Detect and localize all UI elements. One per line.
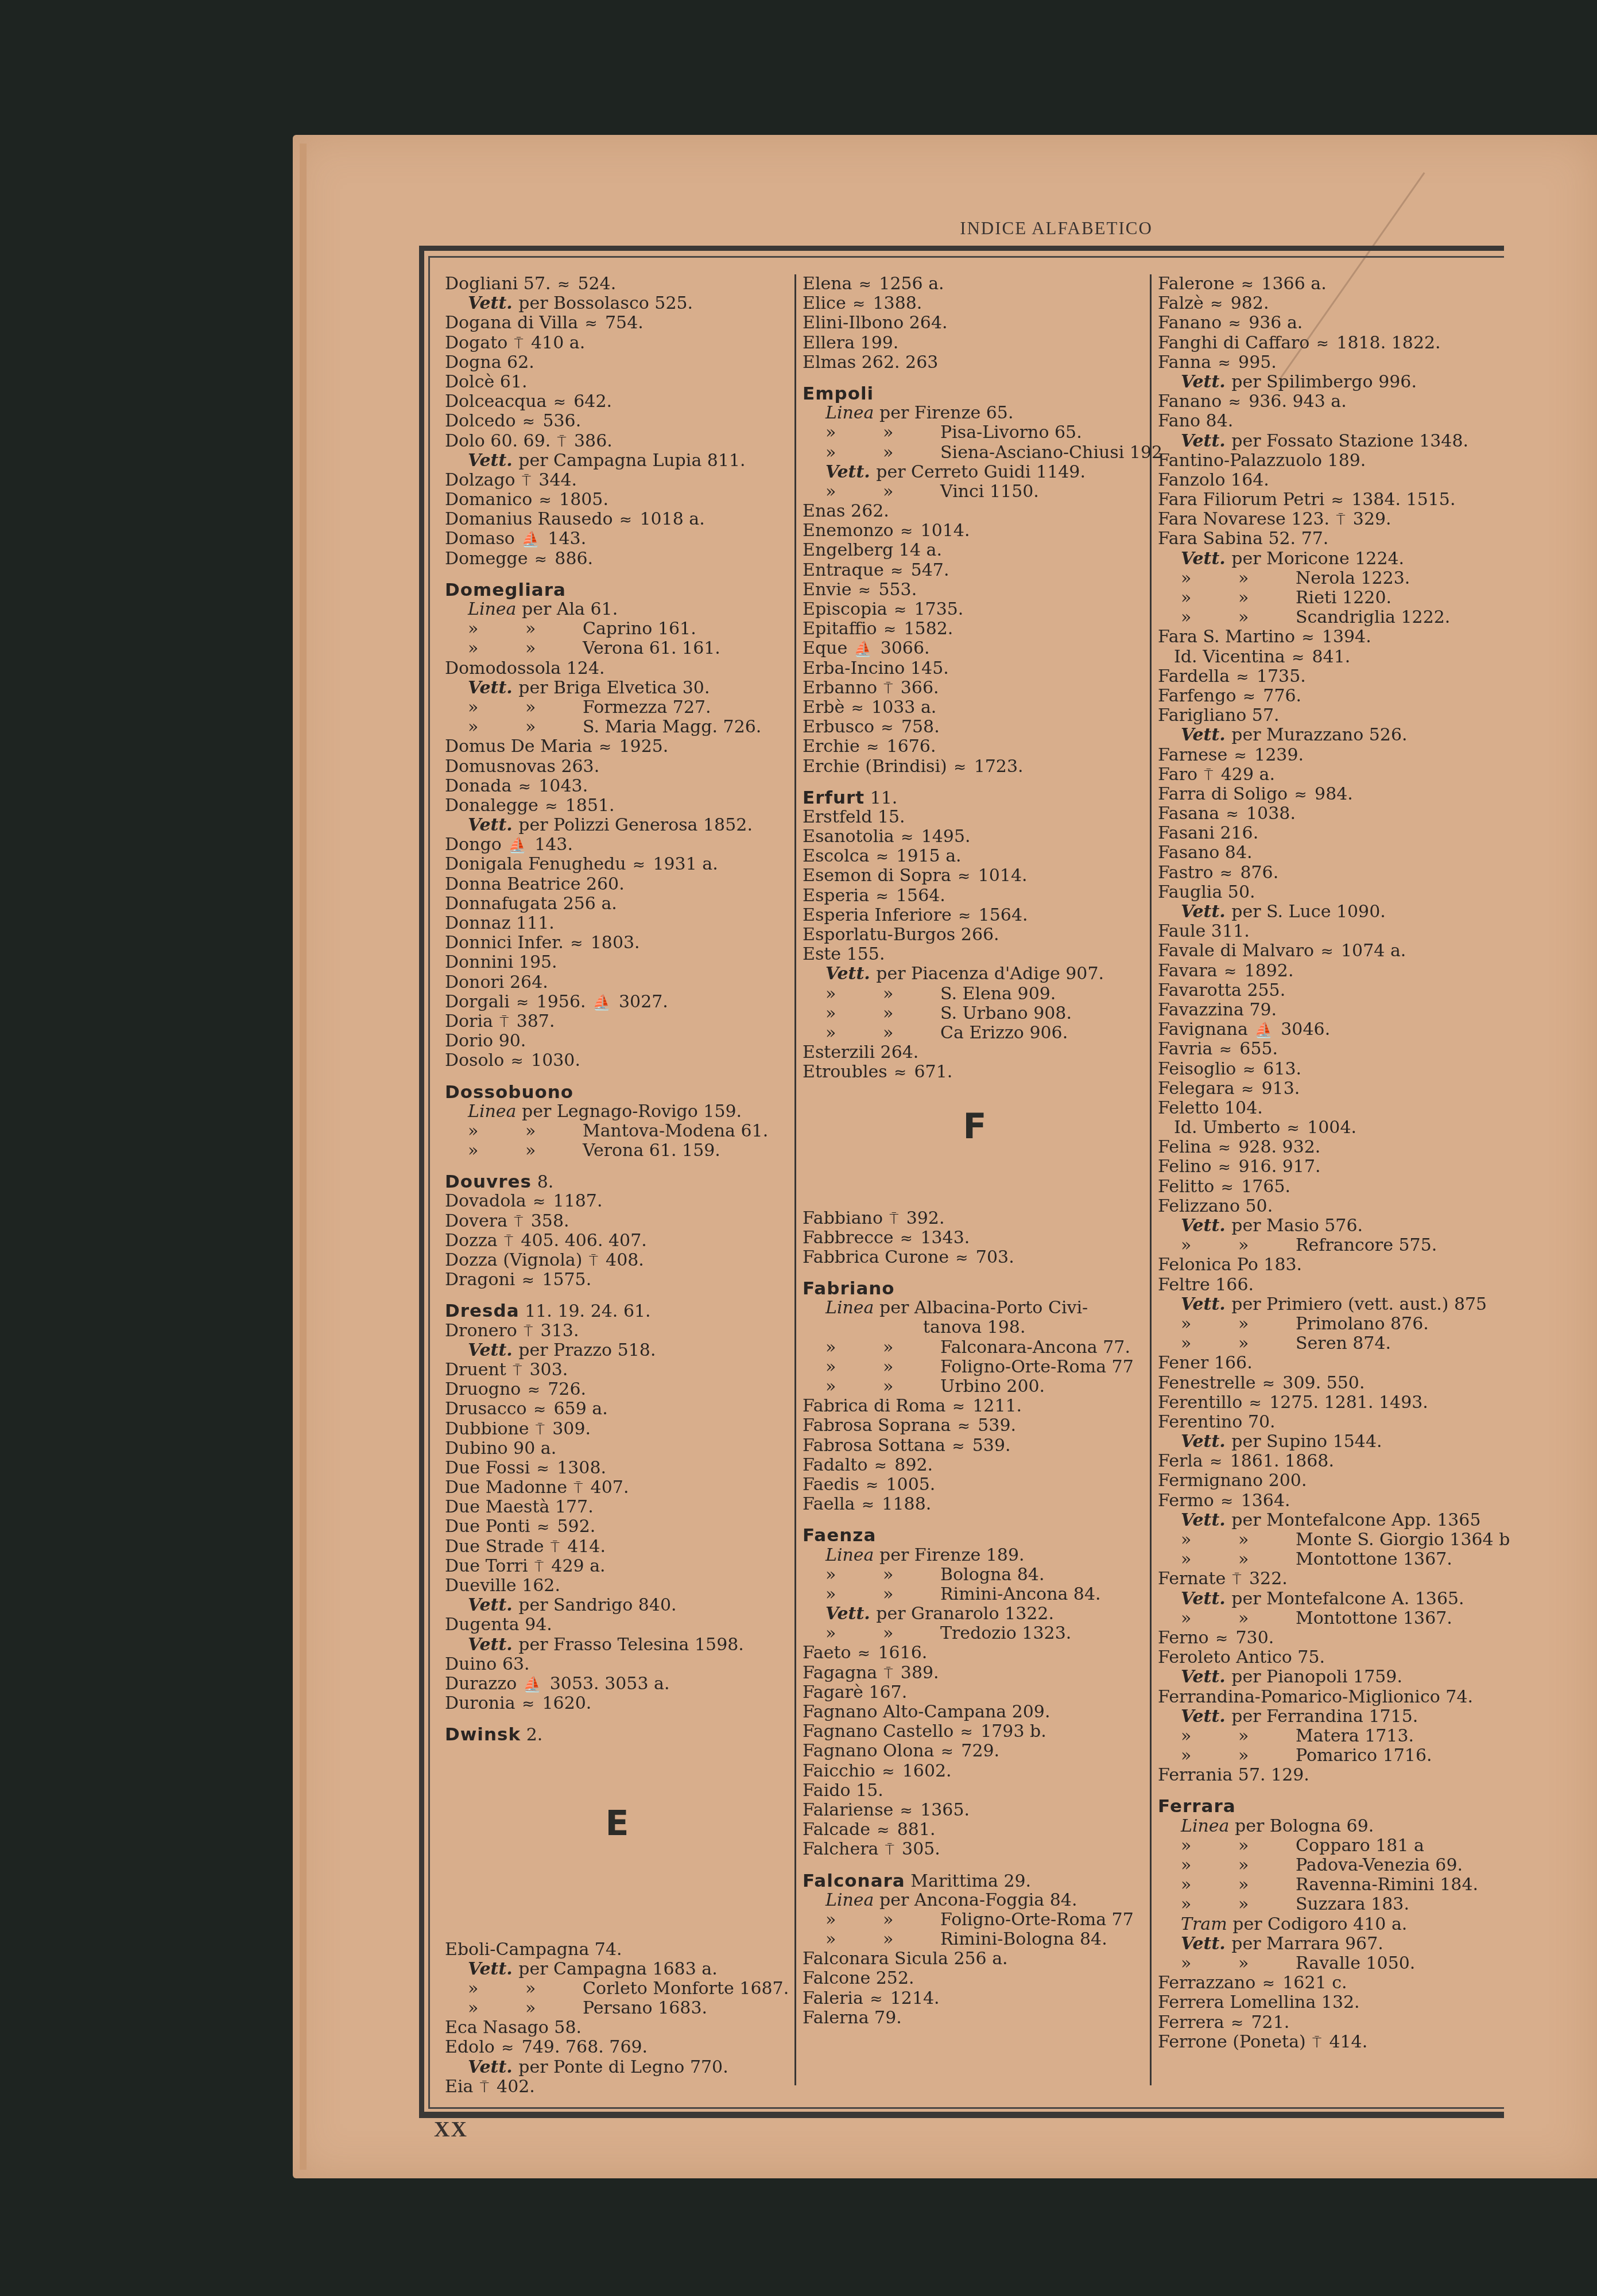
index-entry: Fagnano Olona ≈ 729. [803,1742,1147,1761]
index-entry: Doria ⍑ 387. [445,1012,789,1031]
index-entry: Fastro ≈ 876. [1158,863,1502,883]
bell-icon: ⍑ [1336,510,1346,530]
index-entry: Falzè ≈ 982. [1158,294,1502,313]
index-entry: Fasano 84. [1158,843,1502,863]
page-edge [300,143,307,2170]
coach-icon: ≈ [866,738,879,757]
index-entry: Fermo ≈ 1364. [1158,1491,1502,1511]
index-entry: Dubbione ⍑ 309. [445,1420,789,1439]
coach-icon: ≈ [1231,2014,1243,2033]
coach-icon: ≈ [1262,1374,1275,1394]
coach-icon: ≈ [958,867,970,886]
bell-icon: ⍑ [1232,1570,1242,1589]
ditto-mark: » [468,717,525,737]
coach-icon: ≈ [1294,785,1307,805]
column-rule-1 [794,274,796,2085]
index-entry: Fagarè 167. [803,1683,1147,1702]
index-entry: Dorio 90. [445,1031,789,1051]
ditto-mark: » [883,1910,940,1930]
route-line: Vett. per Ferrandina 1715. [1158,1707,1502,1727]
route-line: Linea per Firenze 189. [803,1546,1147,1565]
index-entry: Domodossola 124. [445,659,789,678]
bell-icon: ⍑ [573,1479,583,1498]
ditto-line: »»Padova-Venezia 69. [1158,1856,1502,1875]
index-entry: Fanna ≈ 995. [1158,353,1502,373]
ditto-mark: » [1238,1334,1296,1353]
route-line: Linea per Bologna 69. [1158,1817,1502,1836]
ditto-mark: » [1238,1875,1296,1895]
coach-icon: ≈ [533,1400,546,1420]
index-entry: Faeto ≈ 1616. [803,1643,1147,1663]
route-type-label: Linea [468,1102,522,1122]
index-entry: Fadalto ≈ 892. [803,1456,1147,1475]
coach-icon: ≈ [1219,1040,1232,1060]
index-entry: Elini-Ilbono 264. [803,313,1147,333]
route-line: Vett. per Montefalcone A. 1365. [1158,1589,1502,1609]
ditto-mark: » [1181,1895,1238,1914]
index-entry: Fara Filiorum Petri ≈ 1384. 1515. [1158,490,1502,510]
bell-icon: ⍑ [514,334,524,354]
coach-icon: ≈ [1221,1178,1234,1197]
heading-name: Faenza [803,1525,876,1546]
coach-icon: ≈ [522,1271,534,1290]
index-entry: Dorgali ≈ 1956. ⛵ 3027. [445,992,789,1012]
index-entry: Ferno ≈ 730. [1158,1628,1502,1648]
route-line: Vett. per Ponte di Legno 770. [445,2058,789,2077]
ditto-mark: » [468,1122,525,1141]
index-entry: Erbanno ⍑ 366. [803,678,1147,698]
coach-icon: ≈ [956,1248,968,1268]
ditto-mark: » [1238,1954,1296,1973]
route-line: Tram per Codigoro 410 a. [1158,1915,1502,1934]
route-type-label: Vett. [468,293,518,313]
index-entry: Dozza ⍑ 405. 406. 407. [445,1231,789,1251]
index-entry: Fabrica di Roma ≈ 1211. [803,1397,1147,1416]
index-entry: Erba-Incino 145. [803,659,1147,678]
ditto-mark: » [468,639,525,658]
index-entry: Fasani 216. [1158,824,1502,843]
coach-icon: ≈ [1331,491,1344,510]
index-entry: Dueville 162. [445,1576,789,1596]
index-entry: Envie ≈ 553. [803,580,1147,600]
index-entry: Ferla ≈ 1861. 1868. [1158,1452,1502,1471]
index-entry: Fauglia 50. [1158,883,1502,902]
ditto-mark: » [525,717,583,737]
ditto-line: »»Rimini-Bologna 84. [803,1930,1147,1949]
route-line: Vett. per S. Luce 1090. [1158,902,1502,922]
ditto-line: »»Siena-Asciano-Chiusi 192 [803,443,1147,463]
index-entry: Dovadola ≈ 1187. [445,1192,789,1211]
ditto-mark: » [1181,1236,1238,1255]
index-entry: Ferrandina-Pomarico-Miglionico 74. [1158,1688,1502,1707]
index-entry: Donori 264. [445,973,789,992]
index-entry: Donigala Fenughedu ≈ 1931 a. [445,855,789,874]
route-line: Vett. per Murazzano 526. [1158,726,1502,745]
index-heading: Douvres 8. [445,1172,789,1192]
index-entry: Faleria ≈ 1214. [803,1989,1147,2008]
index-entry: Esemon di Sopra ≈ 1014. [803,866,1147,886]
ditto-mark: » [1181,1954,1238,1973]
running-head: INDICE ALFABETICO [781,218,1332,239]
ditto-line: »»Caprino 161. [445,619,789,639]
route-type-label: Vett. [1181,1707,1231,1727]
index-entry: Donnaz 111. [445,914,789,933]
ditto-line: »»Foligno-Orte-Roma 77 [803,1910,1147,1930]
index-column-3: Falerone ≈ 1366 a.Falzè ≈ 982.Fanano ≈ 9… [1158,274,1502,2052]
coach-icon: ≈ [877,1821,889,1840]
ditto-line: »»Bologna 84. [803,1565,1147,1585]
index-heading: Falconara Marittima 29. [803,1871,1147,1891]
index-entry: Farfengo ≈ 776. [1158,687,1502,706]
ditto-line: »»Suzzara 183. [1158,1895,1502,1914]
ditto-mark: » [883,443,940,463]
index-entry: Eca Nasago 58. [445,2018,789,2038]
ditto-mark: » [825,1004,883,1023]
index-heading: Faenza [803,1526,1147,1545]
index-heading: Fabriano [803,1279,1147,1298]
index-entry: Ferrone (Poneta) ⍑ 414. [1158,2033,1502,2052]
ditto-mark: » [883,423,940,443]
index-entry: Due Ponti ≈ 592. [445,1517,789,1537]
coach-icon: ≈ [1241,1080,1254,1099]
ditto-mark: » [1238,1895,1296,1914]
coach-icon: ≈ [533,1192,545,1212]
ditto-mark: » [825,423,883,443]
coach-icon: ≈ [1243,687,1255,707]
ditto-line: »»Monte S. Giorgio 1364 b [1158,1530,1502,1550]
bell-icon: ⍑ [504,1232,513,1251]
index-entry: Favale di Malvaro ≈ 1074 a. [1158,941,1502,961]
index-entry: Dogna 62. [445,353,789,373]
coach-icon: ≈ [534,550,547,569]
index-entry: Fardella ≈ 1735. [1158,667,1502,687]
index-entry: Erchie (Brindisi) ≈ 1723. [803,757,1147,777]
index-entry: Farra di Soligo ≈ 984. [1158,785,1502,804]
index-entry: Esperia Inferiore ≈ 1564. [803,906,1147,925]
index-entry: Favazzina 79. [1158,1000,1502,1020]
coach-icon: ≈ [901,828,913,847]
ditto-line: »»Verona 61. 161. [445,639,789,658]
index-entry: Fagagna ⍑ 389. [803,1663,1147,1683]
coach-icon: ≈ [876,887,889,906]
index-entry: Eia ⍑ 402. [445,2077,789,2097]
index-entry: Donna Beatrice 260. [445,875,789,894]
ditto-mark: » [468,698,525,717]
coach-icon: ≈ [1228,314,1241,333]
index-entry: Dugenta 94. [445,1615,789,1635]
index-entry: Dronero ⍑ 313. [445,1321,789,1341]
index-entry: Eboli-Campagna 74. [445,1940,789,1960]
bell-icon: ⍑ [534,1557,544,1577]
coach-icon: ≈ [960,1723,973,1742]
ditto-mark: » [825,443,883,463]
index-entry: Fener 166. [1158,1353,1502,1373]
index-entry: Erbusco ≈ 758. [803,717,1147,737]
coach-icon: ≈ [1321,942,1334,961]
ditto-mark: » [1181,1314,1238,1334]
ditto-mark: » [1238,588,1296,608]
bell-icon: ⍑ [524,1322,533,1341]
index-entry: Engelberg 14 a. [803,541,1147,560]
ditto-mark: » [1238,1746,1296,1766]
coach-icon: ≈ [1241,275,1254,294]
coach-icon: ≈ [1234,746,1247,766]
ditto-line: »»Formezza 727. [445,698,789,717]
heading-name: Fabriano [803,1278,895,1299]
ditto-mark: » [825,1910,883,1930]
ditto-mark: » [1238,1236,1296,1255]
index-entry: Drusacco ≈ 659 a. [445,1399,789,1419]
ditto-line: »»Urbino 200. [803,1377,1147,1397]
index-entry: Dogato ⍑ 410 a. [445,333,789,353]
coach-icon: ≈ [876,847,889,867]
bell-icon: ⍑ [589,1251,598,1271]
continuation-line: tanova 198. [803,1318,1147,1337]
ditto-mark: » [468,1999,525,2018]
coach-icon: ≈ [862,1495,874,1515]
index-entry: Dolzago ⍑ 344. [445,471,789,490]
index-entry: Eque ⛵ 3066. [803,639,1147,658]
route-line: Vett. per Granarolo 1322. [803,1604,1147,1624]
index-entry: Fasana ≈ 1038. [1158,804,1502,824]
ditto-line: »»Verona 61. 159. [445,1141,789,1161]
bell-icon: ⍑ [499,1013,509,1032]
route-type-label: Vett. [468,815,518,835]
coach-icon: ≈ [633,855,645,875]
route-line: Vett. per Prazzo 518. [445,1341,789,1360]
ditto-line: »»Ravalle 1050. [1158,1954,1502,1973]
index-entry: Favria ≈ 655. [1158,1040,1502,1059]
coach-icon: ≈ [882,1762,894,1782]
route-type-label: Vett. [1181,1216,1231,1236]
index-entry: Duronia ≈ 1620. [445,1694,789,1713]
route-type-label: Vett. [1181,1294,1231,1314]
ditto-mark: » [525,1999,583,2018]
route-type-label: Vett. [468,1595,518,1615]
index-entry: Fenestrelle ≈ 309. 550. [1158,1374,1502,1393]
index-entry: Esperia ≈ 1564. [803,886,1147,906]
route-line: Vett. per Marrara 967. [1158,1934,1502,1954]
index-entry: Domanius Rausedo ≈ 1018 a. [445,510,789,529]
ditto-mark: » [825,482,883,502]
coach-icon: ≈ [557,275,570,294]
index-entry: Elice ≈ 1388. [803,294,1147,313]
index-entry: Falerone ≈ 1366 a. [1158,274,1502,294]
index-entry: Ferentino 70. [1158,1413,1502,1432]
index-entry: Ferrazzano ≈ 1621 c. [1158,1973,1502,1993]
route-line: Vett. per Montefalcone App. 1365 [1158,1511,1502,1530]
ditto-mark: » [525,639,583,658]
heading-name: Dossobuono [445,1082,573,1103]
index-entry: Fabbiano ⍑ 392. [803,1209,1147,1228]
ditto-mark: » [1238,1609,1296,1628]
index-entry: Falcone 252. [803,1969,1147,1988]
bell-icon: ⍑ [536,1420,545,1440]
route-line: Vett. per Pianopoli 1759. [1158,1667,1502,1687]
bell-icon: ⍑ [480,2078,489,2097]
index-entry: Faido 15. [803,1781,1147,1801]
coach-icon: ≈ [518,777,531,797]
index-entry: Farigliano 57. [1158,706,1502,726]
coach-icon: ≈ [1236,668,1249,687]
route-line: Vett. per Cerreto Guidi 1149. [803,463,1147,482]
coach-icon: ≈ [1218,1138,1231,1158]
ditto-mark: » [1181,1609,1238,1628]
coach-icon: ≈ [1228,393,1241,412]
ditto-mark: » [1181,1836,1238,1856]
route-type-label: Linea [1181,1816,1235,1836]
index-entry: Ellera 199. [803,333,1147,353]
ditto-mark: » [1181,1334,1238,1353]
index-entry: Edolo ≈ 749. 768. 769. [445,2038,789,2057]
coach-icon: ≈ [553,393,566,412]
index-entry: Donada ≈ 1043. [445,777,789,796]
route-type-label: Vett. [468,678,518,698]
index-entry: Fernate ⍑ 322. [1158,1569,1502,1589]
index-entry: Episcopia ≈ 1735. [803,600,1147,619]
ditto-mark: » [883,1338,940,1358]
index-entry: Etroubles ≈ 671. [803,1062,1147,1082]
coach-icon: ≈ [883,620,896,639]
route-line: Vett. per Briga Elvetica 30. [445,678,789,698]
index-entry: Esterzili 264. [803,1043,1147,1062]
route-line: Linea per Ala 61. [445,600,789,619]
bell-icon: ⍑ [551,1538,560,1557]
index-entry: Elena ≈ 1256 a. [803,274,1147,294]
page-number: XX [434,2117,468,2142]
index-entry: Dolo 60. 69. ⍑ 386. [445,432,789,451]
index-entry: Domaso ⛵ 143. [445,529,789,549]
index-entry: Domusnovas 263. [445,757,789,777]
index-entry: Felonica Po 183. [1158,1255,1502,1275]
index-heading: Erfurt 11. [803,788,1147,808]
index-entry: Dolceacqua ≈ 642. [445,392,789,412]
route-line: Vett. per Spilimbergo 996. [1158,373,1502,392]
coach-icon: ≈ [953,758,966,777]
index-heading: Dossobuono [445,1083,789,1102]
ditto-mark: » [825,1624,883,1643]
route-line: Vett. per Fossato Stazione 1348. [1158,432,1502,451]
ditto-line: »»Vinci 1150. [803,482,1147,502]
route-line: Vett. per Masio 576. [1158,1216,1502,1236]
coach-icon: ≈ [585,314,598,333]
index-entry: Felizzano 50. [1158,1197,1502,1216]
bell-icon: ⍑ [885,1840,894,1860]
route-type-label: Vett. [1181,549,1231,569]
heading-name: Dresda [445,1301,520,1321]
ship-icon: ⛵ [592,993,611,1013]
index-entry: Dogana di Villa ≈ 754. [445,313,789,333]
ditto-mark: » [883,1358,940,1377]
heading-name: Dwinsk [445,1724,521,1745]
bell-icon: ⍑ [884,679,893,699]
index-entry: Dosolo ≈ 1030. [445,1051,789,1071]
index-heading: Empoli [803,384,1147,404]
index-entry: Erbè ≈ 1033 a. [803,698,1147,717]
index-entry: Feisoglio ≈ 613. [1158,1060,1502,1079]
coach-icon: ≈ [528,1380,540,1400]
coach-icon: ≈ [851,699,864,718]
index-entry: Dovera ⍑ 358. [445,1212,789,1231]
coach-icon: ≈ [537,1459,549,1479]
route-type-label: Vett. [825,462,876,482]
coach-icon: ≈ [1287,1119,1300,1138]
index-entry: Feroleto Antico 75. [1158,1648,1502,1667]
index-heading: Dresda 11. 19. 24. 61. [445,1301,789,1321]
coach-icon: ≈ [1218,1158,1231,1177]
ditto-mark: » [1181,1856,1238,1875]
ditto-mark: » [525,1122,583,1141]
index-entry: Dozza (Vignola) ⍑ 408. [445,1251,789,1270]
ditto-mark: » [825,1565,883,1585]
route-type-label: Vett. [468,2057,518,2077]
index-column-1: Dogliani 57. ≈ 524.Vett. per Bossolasco … [445,274,789,2097]
ditto-mark: » [883,1377,940,1397]
coach-icon: ≈ [1292,648,1304,668]
index-entry: Due Maestà 177. [445,1498,789,1517]
index-entry: Due Madonne ⍑ 407. [445,1478,789,1498]
coach-icon: ≈ [570,934,583,953]
index-entry: Domegge ≈ 886. [445,549,789,569]
coach-icon: ≈ [516,993,529,1013]
ship-icon: ⛵ [524,1675,542,1694]
ditto-mark: » [1238,1314,1296,1334]
route-type-label: Vett. [468,1635,518,1655]
index-entry: Ferrania 57. 129. [1158,1766,1502,1785]
route-type-label: Vett. [1181,1589,1231,1609]
route-line: Vett. per Primiero (vett. aust.) 875 [1158,1295,1502,1314]
index-entry: Falerna 79. [803,2008,1147,2028]
route-type-label: Linea [825,1298,879,1318]
index-entry: Faro ⍑ 429 a. [1158,765,1502,785]
index-entry: Felitto ≈ 1765. [1158,1177,1502,1197]
index-entry: Fabbrecce ≈ 1343. [803,1228,1147,1248]
index-entry: Dragoni ≈ 1575. [445,1270,789,1290]
route-type-label: Linea [825,403,879,423]
coach-icon: ≈ [900,1801,913,1821]
ditto-mark: » [825,1023,883,1043]
bell-icon: ⍑ [889,1209,898,1229]
index-entry: Falconara Sicula 256 a. [803,1949,1147,1969]
coach-icon: ≈ [1210,294,1223,314]
ditto-mark: » [1238,1856,1296,1875]
route-line: Vett. per Polizzi Generosa 1852. [445,816,789,835]
index-entry: Entraque ≈ 547. [803,561,1147,580]
route-line: Vett. per Sandrigo 840. [445,1596,789,1615]
coach-icon: ≈ [1220,1492,1233,1511]
route-type-label: Linea [825,1545,879,1565]
ditto-line: »»Ravenna-Rimini 184. [1158,1875,1502,1895]
index-entry: Enemonzo ≈ 1014. [803,521,1147,541]
coach-icon: ≈ [952,1397,965,1417]
ditto-mark: » [883,1624,940,1643]
ditto-mark: » [468,1141,525,1161]
coach-icon: ≈ [1224,962,1236,982]
route-line: Vett. per Bossolasco 525. [445,294,789,313]
coach-icon: ≈ [501,2038,514,2058]
index-entry: Fantino-Palazzuolo 189. [1158,451,1502,471]
ditto-mark: » [468,1979,525,1999]
coach-icon: ≈ [522,412,535,432]
route-type-label: Vett. [1181,1667,1231,1687]
index-entry: Fano 84. [1158,412,1502,431]
index-entry: Id. Vicentina ≈ 841. [1158,647,1502,667]
ditto-mark: » [1238,1836,1296,1856]
index-entry: Ferrera Lomellina 132. [1158,1993,1502,2012]
route-type-label: Vett. [468,1340,518,1360]
index-entry: Due Strade ⍑ 414. [445,1537,789,1557]
ditto-line: »»S. Elena 909. [803,984,1147,1004]
